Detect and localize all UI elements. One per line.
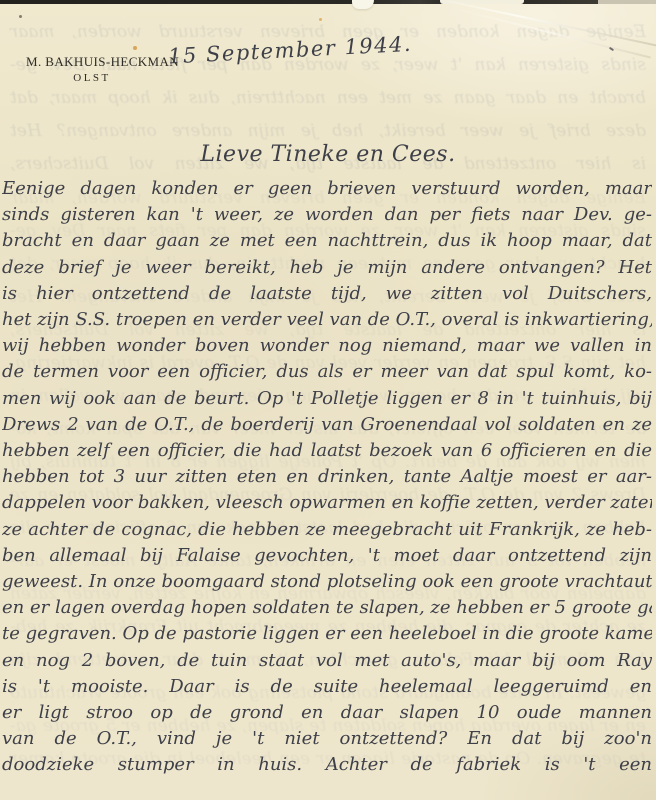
letter-line: en er lagen overdag hopen soldaten te sl…: [2, 595, 652, 621]
letter-line: en nog 2 boven, de tuin staat vol met au…: [2, 648, 652, 674]
paper-crease-secondary: [452, 7, 651, 58]
stain-spot: [319, 18, 322, 21]
stain-spot: [133, 46, 137, 50]
letter-line: ze achter de cognac, die hebben ze meege…: [2, 517, 652, 543]
letterhead-name: M. BAKHUIS-HECKMAN: [26, 54, 158, 70]
letter-line: van de O.T., vind je 't niet ontzettend?…: [2, 726, 652, 752]
letter-line: Drews 2 van de O.T., de boerderij van Gr…: [2, 412, 652, 438]
letter-line: men wij ook aan de beurt. Op 't Polletje…: [2, 386, 652, 412]
bleedthrough-line: bracht en daar gaan ze met een nachttrei…: [0, 82, 656, 115]
letterhead-place: OLST: [26, 72, 158, 84]
letter-line: er ligt stroo op de grond en daar slapen…: [2, 700, 652, 726]
letter-line: sinds gisteren kan 't weer, ze worden da…: [2, 202, 652, 228]
letter-line: ben allemaal bij Falaise gevochten, 't m…: [2, 543, 652, 569]
letter-line: bracht en daar gaan ze met een nachttrei…: [2, 228, 652, 254]
ink-speck: [19, 15, 22, 18]
letter-line: wij hebben wonder boven wonder nog niema…: [2, 333, 652, 359]
paper-tear: [352, 0, 374, 9]
letter-salutation: Lieve Tineke en Cees.: [0, 142, 656, 167]
letter-line: doodzieke stumper in huis. Achter de fab…: [2, 752, 652, 778]
letter-line: de termen voor een officier, dus als er …: [2, 359, 652, 385]
letter-line: Eenige dagen konden er geen brieven vers…: [2, 176, 652, 202]
letter-line: hebben zelf een officier, die had laatst…: [2, 438, 652, 464]
letter-line: is hier ontzettend de laatste tijd, we z…: [2, 281, 652, 307]
letter-line: het zijn S.S. troepen en verder veel van…: [2, 307, 652, 333]
letterhead: M. BAKHUIS-HECKMAN OLST: [26, 54, 158, 84]
letter-line: dappelen voor bakken, vleesch opwarmen e…: [2, 490, 652, 516]
letter-line: deze brief je weer bereikt, heb je mijn …: [2, 255, 652, 281]
letter-line: is 't mooiste. Daar is de suite heelemaa…: [2, 674, 652, 700]
letter-date: 15 September 1944.: [168, 31, 419, 68]
paper-edge-shadow: [598, 0, 656, 4]
letter-line: geweest. In onze boomgaard stond plotsel…: [2, 569, 652, 595]
paper-crease: [438, 0, 656, 50]
letter-body: Eenige dagen konden er geen brieven vers…: [2, 176, 652, 779]
letter-line: hebben tot 3 uur zitten eten en drinken,…: [2, 464, 652, 490]
letter-line: te gegraven. Op de pastorie liggen er ee…: [2, 621, 652, 647]
letter-page: Eenige dagen konden er geen brieven vers…: [0, 0, 656, 800]
scan-edge-strip: [0, 0, 656, 4]
